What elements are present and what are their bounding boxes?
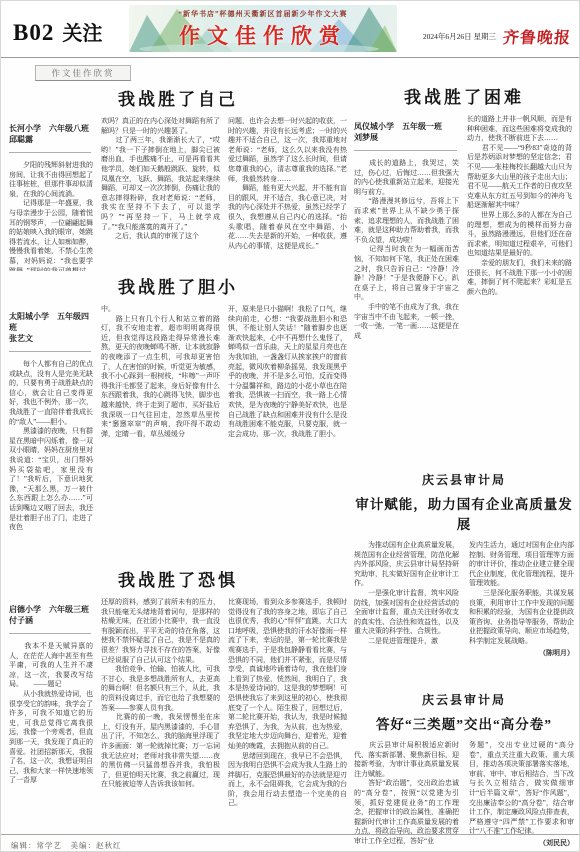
article-title: 我战胜了胆小 <box>9 273 347 298</box>
contest-subtitle: “新华书店”杯德州天衢新区首届新少年作文大赛 <box>129 9 397 19</box>
byline: 太阳城小学 五年级四班 张艺文 <box>9 311 93 352</box>
byline-rule <box>9 152 91 153</box>
author-name: 刘梦展 <box>354 132 459 143</box>
author-school: 长河小学 六年级八班 <box>9 123 93 134</box>
author-name: 张艺文 <box>9 333 93 344</box>
article-title: 我战胜了恐惧 <box>9 566 347 591</box>
issue-date: 2024年6月26日 星期三 <box>423 31 496 42</box>
notice-org: 庆云县审计局 <box>354 691 574 708</box>
notice-org: 庆云县审计局 <box>354 471 574 488</box>
newspaper-logo: 齐鲁晚报 <box>502 25 572 48</box>
byline-rule <box>9 633 91 634</box>
byline: 凤仪城小学 五年级一班 刘梦展 <box>354 121 459 151</box>
audit-bureau-notice-1: 庆云县审计局 审计赋能，助力国有企业高质量发展 为推动国有企业高质量发展，规范国… <box>354 465 574 679</box>
article-column: 凤仪城小学 五年级一班 刘梦展 成长的道路上，我哭过，笑过，伤心过，后悔过……但… <box>354 115 459 341</box>
article-column: 长的道路上并非一帆风顺，而是有种种困难，而这些困难将变成我的动力，使我不断前进下… <box>467 115 572 341</box>
header-divider <box>1 57 580 58</box>
banner-title: 作文佳作欣赏 <box>129 20 397 50</box>
dateline: 2024年6月26日 星期三 齐鲁晚报 <box>423 25 571 48</box>
author-school: 凤仪城小学 五年级一班 <box>354 121 459 132</box>
article-text: 比赛现场，看到众多参赛选手，我顿时觉得没有了我的容身之地，即忘了自己也很优秀，我… <box>228 598 347 809</box>
article-conquered-myself: 我战胜了自己 长河小学 六年级八班 邱聪露 夕阳的残辉斜射进我的房间，让我不由得… <box>9 83 347 271</box>
article-title: 我战胜了困难 <box>354 83 574 108</box>
page-number-block: B02 关注 <box>13 17 102 46</box>
article-text: 中。 路上只有几个行人和站立着的路灯，我不安地走着，超市明明离得很近，但我觉得这… <box>101 305 220 439</box>
notice-signature: （刘民民） <box>469 838 574 848</box>
article-conquered-difficulty: 我战胜了困难 凤仪城小学 五年级一班 刘梦展 成长的道路上，我哭过，笑过，伤心过… <box>354 81 574 465</box>
article-column: 中。 路上只有几个行人和站立着的路灯，我不安地走着，超市明明离得很近，但我觉得这… <box>101 305 220 533</box>
byline: 长河小学 六年级八班 邱聪露 <box>9 123 93 153</box>
article-conquered-timidity: 我战胜了胆小 太阳城小学 五年级四班 张艺文 每个人都有自己的优点或缺点，没有人… <box>9 271 347 564</box>
notice-text: 为推动国有企业高质量发展，规范国有企业经营管理，防范化解内外部风险，庆云县审计局… <box>354 541 459 647</box>
notice-text: 庆云县审计局积极适应新时代、落实新部署、聚焦新目标，迎接新考验，为审计事业高质量… <box>354 741 459 847</box>
right-column-block: 我战胜了困难 凤仪城小学 五年级一班 刘梦展 成长的道路上，我哭过，笑过，伤心过… <box>354 81 574 852</box>
notice-text: 务题”，交出专业过硬的“高分卷”，重点关注重大政策、重大项目，推动各项决策部署落… <box>469 741 574 837</box>
article-text: 夕阳的残辉斜射进我的房间，让我不由得回想起了往事桩桩，但那件事却似清泉，在我的心… <box>9 161 93 271</box>
article-column: 长河小学 六年级八班 邱聪露 夕阳的残辉斜射进我的房间，让我不由得回想起了往事桩… <box>9 117 93 271</box>
editor-credits: 编辑：常学艺 美编：赵秋红 <box>11 840 122 851</box>
notice-title: 审计赋能，助力国有企业高质量发展 <box>354 493 574 533</box>
audit-bureau-notice-2: 庆云县审计局 答好“三类题”交出“高分卷” 庆云县审计局积极适应新时代、落实新部… <box>354 685 574 852</box>
article-column: 启德小学 六年级三班 付子涵 我本不是天赋异禀的人，在茫茫人海中甚至有些平庸，可… <box>9 598 93 809</box>
notice-text: 发内生活力，通过对国有企业内部控制、财务管理、项目管理等方面的审计评价，推动企业… <box>469 541 574 647</box>
author-school: 太阳城小学 五年级四班 <box>9 311 93 333</box>
footer-divider <box>1 834 580 835</box>
article-text: 成长的道路上，我哭过，笑过，伤心过，后悔过……但我强大的内心使我重新站立起来，迎… <box>354 159 459 341</box>
author-school: 启德小学 六年级三班 <box>9 604 93 615</box>
article-conquered-fear: 我战胜了恐惧 启德小学 六年级三班 付子涵 我本不是天赋异禀的人，在茫茫人海中甚… <box>9 564 347 830</box>
article-text: 我本不是天赋异禀的人，在茫茫人海中甚至有些平庸，可我的人生并不凄凉，这一次，我要… <box>9 642 93 786</box>
section-name: 关注 <box>62 17 102 46</box>
byline-rule <box>354 150 457 151</box>
page-header: B02 关注 “新华书店”杯德州天衢新区首届新少年作文大赛 作文佳作欣赏 202… <box>1 1 580 57</box>
left-column-block: 我战胜了自己 长河小学 六年级八班 邱聪露 夕阳的残辉斜射进我的房间，让我不由得… <box>9 83 347 830</box>
section-tab: 作文佳作欣赏 <box>35 65 131 81</box>
article-text: 每个人都有自己的优点或缺点，没有人是完美无缺的，只要有勇于战胜缺点的信心，就会让… <box>9 360 93 533</box>
article-column: 比赛现场，看到众多参赛选手，我顿时觉得没有了我的容身之地，即忘了自己也很优秀，我… <box>228 598 347 809</box>
notice-column: 发内生活力，通过对国有企业内部控制、财务管理、项目管理等方面的审计评价，推动企业… <box>469 541 574 658</box>
notice-column: 庆云县审计局积极适应新时代、落实新部署、聚焦新目标，迎接新考验，为审计事业高质量… <box>354 741 459 848</box>
article-text: 长的道路上并非一帆风顺，而是有种种困难，而这些困难将变成我的动力，使我不断前进下… <box>467 115 572 297</box>
article-text: 问题，也许会去想一时兴起的收获，一时的兴趣，并没有长远考虑；一时的兴趣并不适合自… <box>228 117 347 251</box>
notice-signature: （陈明月） <box>469 648 574 658</box>
article-text: 欢吗？真正的在内心深处对舞蹈有所了解吗？只是一时的兴趣罢了。 过了两三年，我渐渐… <box>101 117 220 242</box>
article-column: 还厚的资料，感到了前所未有的压力，我只能毫无头绪地背着词句，是那样的枯燥无味，在… <box>101 598 220 809</box>
article-column: 问题，也许会去想一时兴起的收获，一时的兴趣，并没有长远考虑；一时的兴趣并不适合自… <box>228 117 347 271</box>
byline-rule <box>9 351 91 352</box>
article-text: 开，原来是只小猫啊！我松了口气，继续向前走，心想：“我要战胜胆小和恐惧，不能让别… <box>228 305 347 439</box>
article-column: 太阳城小学 五年级四班 张艺文 每个人都有自己的优点或缺点，没有人是完美无缺的，… <box>9 305 93 533</box>
article-column: 开，原来是只小猫啊！我松了口气，继续向前走，心想：“我要战胜胆小和恐惧，不能让别… <box>228 305 347 533</box>
contest-banner: “新华书店”杯德州天衢新区首届新少年作文大赛 作文佳作欣赏 <box>129 5 397 52</box>
notice-title: 答好“三类题”交出“高分卷” <box>354 713 574 733</box>
byline: 启德小学 六年级三班 付子涵 <box>9 604 93 634</box>
article-title: 我战胜了自己 <box>9 85 347 110</box>
article-text: 还厚的资料，感到了前所未有的压力，我只能毫无头绪地背着词句，是那样的枯燥无味，在… <box>101 598 220 790</box>
author-name: 付子涵 <box>9 615 93 626</box>
article-column: 欢吗？真正的在内心深处对舞蹈有所了解吗？只是一时的兴趣罢了。 过了两三年，我渐渐… <box>101 117 220 271</box>
notice-column: 务题”，交出专业过硬的“高分卷”，重点关注重大政策、重大项目，推动各项决策部署落… <box>469 741 574 848</box>
newspaper-page: B02 关注 “新华书店”杯德州天衢新区首届新少年作文大赛 作文佳作欣赏 202… <box>0 0 580 852</box>
page-number: B02 <box>13 20 54 46</box>
notice-column: 为推动国有企业高质量发展，规范国有企业经营管理，防范化解内外部风险，庆云县审计局… <box>354 541 459 658</box>
author-name: 邱聪露 <box>9 134 93 145</box>
